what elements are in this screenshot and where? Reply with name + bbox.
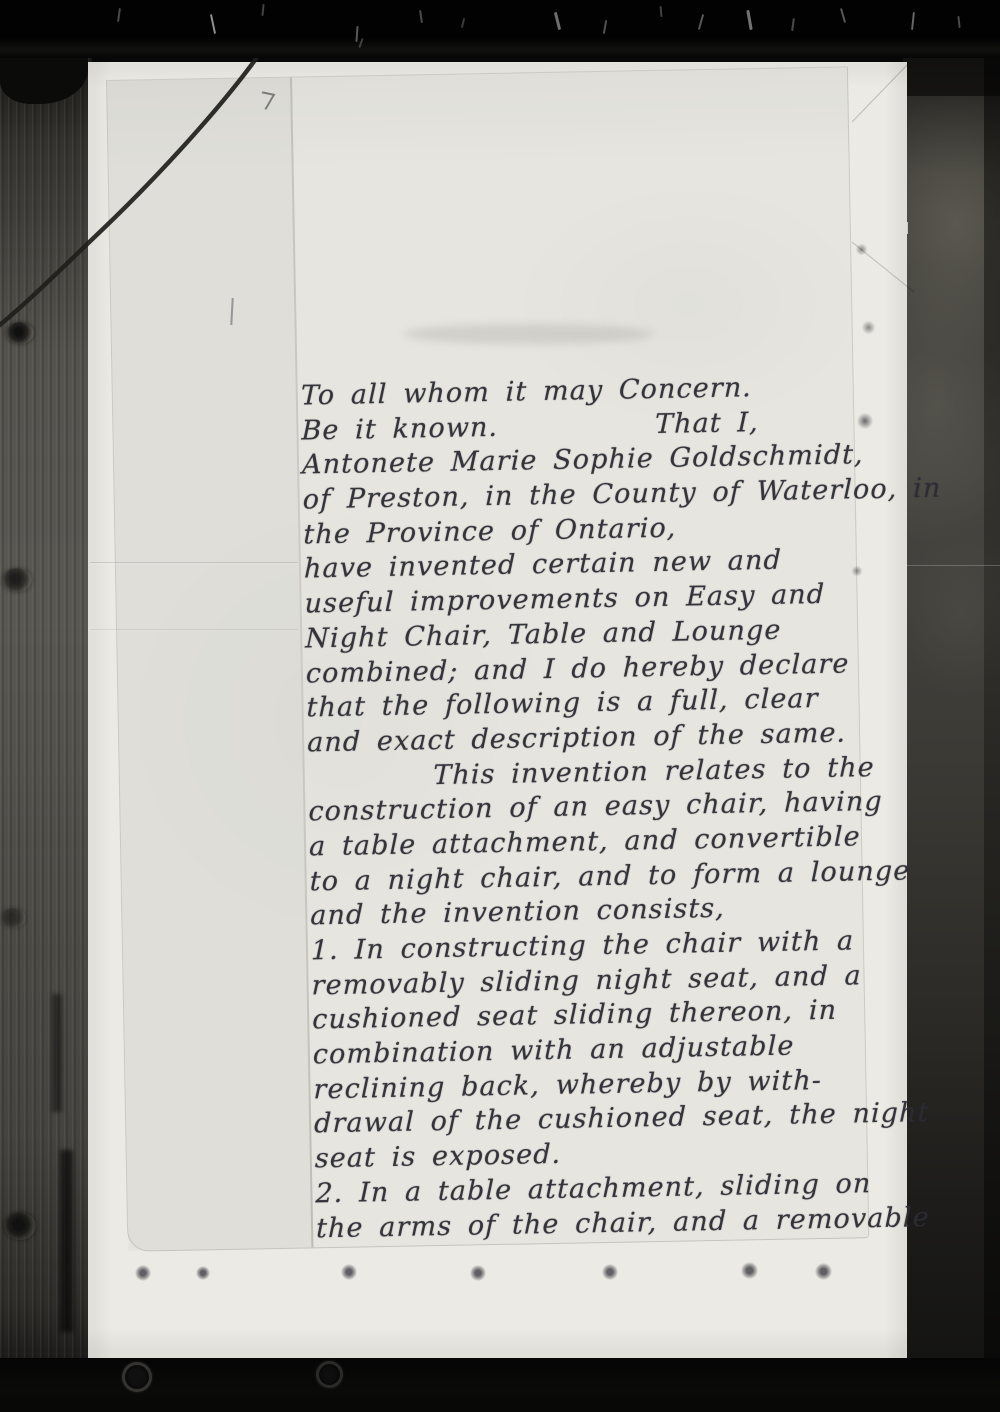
binder-dot bbox=[602, 1264, 618, 1280]
wood-knot bbox=[0, 908, 26, 928]
film-bottom-band bbox=[0, 1358, 1000, 1412]
ink-spot bbox=[851, 565, 863, 577]
binder-dot bbox=[135, 1265, 151, 1281]
fold-line bbox=[90, 562, 298, 563]
wood-knot bbox=[2, 568, 32, 592]
wood-streak bbox=[60, 1150, 73, 1332]
ink-spot bbox=[856, 412, 874, 430]
microfilm-scan: To all whom it may Concern. Be it known.… bbox=[0, 0, 1000, 1412]
fold-line bbox=[90, 629, 298, 630]
film-crack-line bbox=[0, 46, 300, 386]
handwritten-text-block: To all whom it may Concern. Be it known.… bbox=[301, 369, 869, 1246]
binder-dot bbox=[470, 1265, 486, 1281]
ink-spot bbox=[861, 320, 876, 335]
bolt-head bbox=[122, 1362, 152, 1392]
wood-knot bbox=[4, 1212, 36, 1240]
right-panel-edge bbox=[984, 54, 1000, 1364]
binder-dot bbox=[815, 1263, 832, 1280]
smudge-streak bbox=[404, 324, 654, 344]
binder-dot bbox=[196, 1266, 210, 1280]
scratch-line bbox=[905, 565, 1000, 566]
film-top-band bbox=[0, 0, 1000, 58]
scratch-lines bbox=[830, 50, 950, 310]
bolt-head bbox=[316, 1361, 343, 1388]
binder-dot bbox=[341, 1264, 357, 1280]
binder-dot bbox=[741, 1262, 758, 1279]
wood-streak bbox=[52, 994, 62, 1112]
